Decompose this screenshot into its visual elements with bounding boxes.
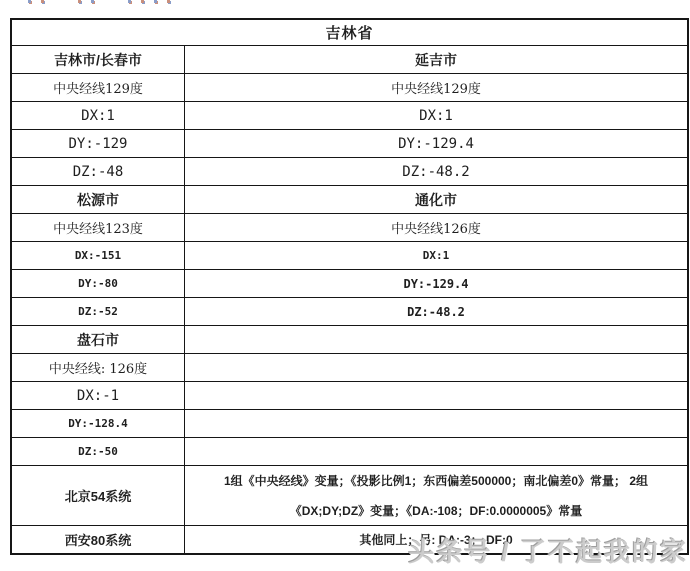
- table-row: 北京54系统 1组《中央经线》变量；《投影比例1；东西偏差500000；南北偏差…: [12, 466, 687, 526]
- dy-cell: DY:-129.4: [185, 130, 687, 157]
- clipped-text-fragment: [28, 0, 180, 4]
- dx-cell: DX:1: [185, 102, 687, 129]
- table-row: DY:-80 DY:-129.4: [12, 270, 687, 298]
- dx-cell: DX:1: [185, 242, 687, 269]
- central-meridian-cell: 中央经线126度: [185, 214, 687, 241]
- dz-cell: DZ:-50: [12, 438, 185, 465]
- dz-cell: [185, 438, 687, 465]
- table-row: DX:-151 DX:1: [12, 242, 687, 270]
- table-row: DZ:-48 DZ:-48.2: [12, 158, 687, 186]
- central-meridian-cell: 中央经线123度: [12, 214, 185, 241]
- central-meridian-cell: 中央经线129度: [185, 74, 687, 101]
- dy-cell: DY:-80: [12, 270, 185, 297]
- table-row: DY:-128.4: [12, 410, 687, 438]
- city-name-cell: 延吉市: [185, 46, 687, 73]
- table-row: 松源市 通化市: [12, 186, 687, 214]
- dz-cell: DZ:-52: [12, 298, 185, 325]
- table-row: DY:-129 DY:-129.4: [12, 130, 687, 158]
- city-name-cell: [185, 326, 687, 353]
- dy-cell: DY:-129.4: [185, 270, 687, 297]
- table-row: DZ:-50: [12, 438, 687, 466]
- city-name-cell: 吉林市/长春市: [12, 46, 185, 73]
- city-name-cell: 盘石市: [12, 326, 185, 353]
- table-row: 中央经线: 126度: [12, 354, 687, 382]
- dx-cell: DX:-1: [12, 382, 185, 409]
- dx-cell: [185, 382, 687, 409]
- city-name-cell: 通化市: [185, 186, 687, 213]
- system-name-cell: 西安80系统: [12, 526, 185, 553]
- dx-cell: DX:-151: [12, 242, 185, 269]
- dy-cell: DY:-128.4: [12, 410, 185, 437]
- province-title: 吉林省: [12, 20, 687, 45]
- dx-cell: DX:1: [12, 102, 185, 129]
- table-row: DX:1 DX:1: [12, 102, 687, 130]
- dy-cell: DY:-129: [12, 130, 185, 157]
- central-meridian-cell: [185, 354, 687, 381]
- table-row: 中央经线123度 中央经线126度: [12, 214, 687, 242]
- dz-cell: DZ:-48.2: [185, 158, 687, 185]
- province-projection-table: 吉林省 吉林市/长春市 延吉市 中央经线129度 中央经线129度 DX:1 D…: [10, 18, 689, 555]
- dz-cell: DZ:-48: [12, 158, 185, 185]
- table-row: 盘石市: [12, 326, 687, 354]
- system-name-cell: 北京54系统: [12, 466, 185, 525]
- table-row: DX:-1: [12, 382, 687, 410]
- table-row: DZ:-52 DZ:-48.2: [12, 298, 687, 326]
- table-row: 吉林市/长春市 延吉市: [12, 46, 687, 74]
- system-description-cell: 1组《中央经线》变量；《投影比例1；东西偏差500000；南北偏差0》常量； 2…: [185, 466, 687, 525]
- watermark-text: 头条号 / 了不起我的家: [408, 532, 688, 569]
- table-row: 吉林省: [12, 20, 687, 46]
- table-row: 中央经线129度 中央经线129度: [12, 74, 687, 102]
- central-meridian-cell: 中央经线129度: [12, 74, 185, 101]
- central-meridian-cell: 中央经线: 126度: [12, 354, 185, 381]
- city-name-cell: 松源市: [12, 186, 185, 213]
- dy-cell: [185, 410, 687, 437]
- dz-cell: DZ:-48.2: [185, 298, 687, 325]
